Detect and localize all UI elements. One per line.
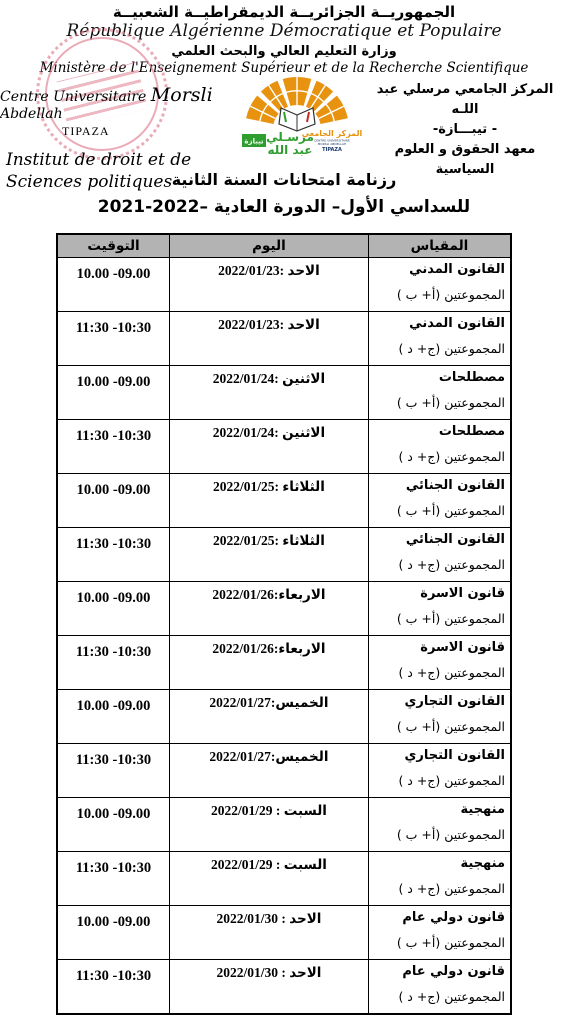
table-row: قانون دولي عام المجموعتين (أ+ ب ) الاحد … [57, 906, 511, 960]
table-row: القانون المدني المجموعتين (ج+ د ) الاحد … [57, 312, 511, 366]
time-range: 11:30 -10:30 [76, 968, 151, 985]
time-cell: 11:30 -10:30 [57, 528, 170, 582]
subject-name: منهجية [371, 855, 505, 872]
table-header-row: المقياس اليوم التوقيت [57, 234, 511, 258]
institute-name-fr: Institut de droit et de Sciences politiq… [6, 149, 238, 193]
group-label: المجموعتين (ج+ د ) [371, 989, 505, 1004]
subject-cell: قانون الاسرة المجموعتين (أ+ ب ) [368, 582, 511, 636]
group-label: المجموعتين (ج+ د ) [371, 665, 505, 680]
time-range: 10.00 -09.00 [77, 482, 151, 499]
time-cell: 10.00 -09.00 [57, 798, 170, 852]
group-label: المجموعتين (ج+ د ) [371, 449, 505, 464]
subject-name: قانون دولي عام [371, 963, 505, 980]
logo-sub-2: MORSLI ABDELLAH [318, 142, 346, 146]
day-cell: الاثنين :2022/01/24 [170, 366, 369, 420]
time-cell: 11:30 -10:30 [57, 420, 170, 474]
table-row: منهجية المجموعتين (أ+ ب ) السبت : 2022/0… [57, 798, 511, 852]
institution-block-ar: المركز الجامعي مرسلي عبد اللـه - تيبـــا… [364, 80, 566, 180]
subject-cell: مصطلحات المجموعتين (ج+ د ) [368, 420, 511, 474]
time-cell: 11:30 -10:30 [57, 852, 170, 906]
badge-text: تيبازة [244, 138, 264, 146]
group-label: المجموعتين (أ+ ب ) [371, 611, 505, 626]
subject-name: القانون الجنائي [371, 531, 505, 548]
time-cell: 11:30 -10:30 [57, 636, 170, 690]
day-cell: الاحد : 2022/01/30 [170, 906, 369, 960]
time-range: 11:30 -10:30 [76, 320, 151, 337]
subject-cell: قانون الاسرة المجموعتين (ج+ د ) [368, 636, 511, 690]
day-cell: الثلاثاء :2022/01/25 [170, 528, 369, 582]
col-header-day: اليوم [170, 234, 369, 258]
time-range: 10.00 -09.00 [77, 698, 151, 715]
group-label: المجموعتين (أ+ ب ) [371, 719, 505, 734]
table-row: القانون المدني المجموعتين (أ+ ب ) الاحد … [57, 258, 511, 312]
subject-cell: القانون الجنائي المجموعتين (أ+ ب ) [368, 474, 511, 528]
subject-name: قانون الاسرة [371, 639, 505, 656]
subject-name: مصطلحات [371, 423, 505, 440]
exam-table-body: القانون المدني المجموعتين (أ+ ب ) الاحد … [57, 258, 511, 1014]
table-row: مصطلحات المجموعتين (أ+ ب ) الاثنين :2022… [57, 366, 511, 420]
col-header-time: التوقيت [57, 234, 170, 258]
table-row: القانون الجنائي المجموعتين (أ+ ب ) الثلا… [57, 474, 511, 528]
time-cell: 10.00 -09.00 [57, 258, 170, 312]
group-label: المجموعتين (ج+ د ) [371, 881, 505, 896]
day-cell: الخميس:2022/01/27 [170, 690, 369, 744]
time-cell: 11:30 -10:30 [57, 960, 170, 1014]
subject-cell: منهجية المجموعتين (أ+ ب ) [368, 798, 511, 852]
republic-title-ar: الجمهوريــة الجزائريــة الديمقراطيــة ال… [0, 3, 568, 21]
subject-name: القانون المدني [371, 261, 505, 278]
table-row: منهجية المجموعتين (ج+ د ) السبت : 2022/0… [57, 852, 511, 906]
group-label: المجموعتين (ج+ د ) [371, 341, 505, 356]
subject-name: قانون دولي عام [371, 909, 505, 926]
group-label: المجموعتين (أ+ ب ) [371, 827, 505, 842]
time-cell: 10.00 -09.00 [57, 690, 170, 744]
day-cell: الاربعاء:2022/01/26 [170, 636, 369, 690]
group-label: المجموعتين (ج+ د ) [371, 773, 505, 788]
logo-title-ar: المركز الجامعي [302, 129, 362, 138]
logo-name-ar-2: عبد الله [268, 143, 313, 157]
group-label: المجموعتين (أ+ ب ) [371, 503, 505, 518]
tipaza-ar: - تيبـــازة- [364, 120, 566, 140]
col-header-subject: المقياس [368, 234, 511, 258]
day-cell: الاحد :2022/01/23 [170, 312, 369, 366]
time-cell: 10.00 -09.00 [57, 906, 170, 960]
subject-cell: قانون دولي عام المجموعتين (أ+ ب ) [368, 906, 511, 960]
day-cell: الاثنين :2022/01/24 [170, 420, 369, 474]
logo-tipaza: TIPAZA [322, 147, 342, 153]
exam-schedule-document: الجمهوريــة الجزائريــة الديمقراطيــة ال… [0, 0, 568, 1024]
subject-cell: قانون دولي عام المجموعتين (ج+ د ) [368, 960, 511, 1014]
time-range: 10.00 -09.00 [77, 914, 151, 931]
subject-name: قانون الاسرة [371, 585, 505, 602]
subject-name: منهجية [371, 801, 505, 818]
group-label: المجموعتين (أ+ ب ) [371, 287, 505, 302]
time-cell: 10.00 -09.00 [57, 582, 170, 636]
institute-name-ar: معهد الحقوق و العلوم السياسية [364, 140, 566, 180]
day-cell: السبت : 2022/01/29 [170, 852, 369, 906]
university-logo: تيبازة مرسـلي عبد الله المركز الجامعي CE… [240, 74, 362, 160]
subject-cell: القانون التجاري المجموعتين (أ+ ب ) [368, 690, 511, 744]
time-cell: 10.00 -09.00 [57, 366, 170, 420]
day-cell: السبت : 2022/01/29 [170, 798, 369, 852]
centre-name-fr: Centre Universitaire Morsli Abdellah [0, 84, 238, 122]
subject-cell: منهجية المجموعتين (ج+ د ) [368, 852, 511, 906]
time-range: 11:30 -10:30 [76, 536, 151, 553]
subject-name: القانون الجنائي [371, 477, 505, 494]
exam-schedule-table: المقياس اليوم التوقيت القانون المدني الم… [56, 233, 512, 1015]
subject-name: القانون التجاري [371, 693, 505, 710]
day-cell: الاحد :2022/01/23 [170, 258, 369, 312]
time-range: 11:30 -10:30 [76, 752, 151, 769]
time-range: 10.00 -09.00 [77, 374, 151, 391]
day-cell: الاحد : 2022/01/30 [170, 960, 369, 1014]
tipaza-label: TIPAZA [62, 124, 238, 139]
day-cell: الثلاثاء :2022/01/25 [170, 474, 369, 528]
centre-name-ar: المركز الجامعي مرسلي عبد اللـه [364, 80, 566, 120]
institution-block-fr: Centre Universitaire Morsli Abdellah TIP… [0, 84, 238, 193]
time-range: 10.00 -09.00 [77, 266, 151, 283]
table-row: مصطلحات المجموعتين (ج+ د ) الاثنين :2022… [57, 420, 511, 474]
time-range: 11:30 -10:30 [76, 428, 151, 445]
table-row: قانون الاسرة المجموعتين (أ+ ب ) الاربعاء… [57, 582, 511, 636]
table-row: قانون دولي عام المجموعتين (ج+ د ) الاحد … [57, 960, 511, 1014]
subject-cell: القانون الجنائي المجموعتين (ج+ د ) [368, 528, 511, 582]
subject-name: القانون المدني [371, 315, 505, 332]
time-cell: 11:30 -10:30 [57, 744, 170, 798]
subject-cell: القانون المدني المجموعتين (ج+ د ) [368, 312, 511, 366]
group-label: المجموعتين (أ+ ب ) [371, 395, 505, 410]
subject-cell: مصطلحات المجموعتين (أ+ ب ) [368, 366, 511, 420]
semester-session-title: للسداسي الأول– الدورة العادية –2022-2021 [0, 197, 568, 217]
open-book-icon [279, 108, 315, 131]
subject-cell: القانون التجاري المجموعتين (ج+ د ) [368, 744, 511, 798]
time-range: 10.00 -09.00 [77, 806, 151, 823]
subject-name: مصطلحات [371, 369, 505, 386]
time-range: 10.00 -09.00 [77, 590, 151, 607]
group-label: المجموعتين (أ+ ب ) [371, 935, 505, 950]
table-row: القانون الجنائي المجموعتين (ج+ د ) الثلا… [57, 528, 511, 582]
table-row: قانون الاسرة المجموعتين (ج+ د ) الاربعاء… [57, 636, 511, 690]
subject-cell: القانون المدني المجموعتين (أ+ ب ) [368, 258, 511, 312]
time-cell: 10.00 -09.00 [57, 474, 170, 528]
time-range: 11:30 -10:30 [76, 860, 151, 877]
time-cell: 11:30 -10:30 [57, 312, 170, 366]
table-row: القانون التجاري المجموعتين (أ+ ب ) الخمي… [57, 690, 511, 744]
table-row: القانون التجاري المجموعتين (ج+ د ) الخمي… [57, 744, 511, 798]
time-range: 11:30 -10:30 [76, 644, 151, 661]
day-cell: الاربعاء:2022/01/26 [170, 582, 369, 636]
group-label: المجموعتين (ج+ د ) [371, 557, 505, 572]
day-cell: الخميس:2022/01/27 [170, 744, 369, 798]
subject-name: القانون التجاري [371, 747, 505, 764]
